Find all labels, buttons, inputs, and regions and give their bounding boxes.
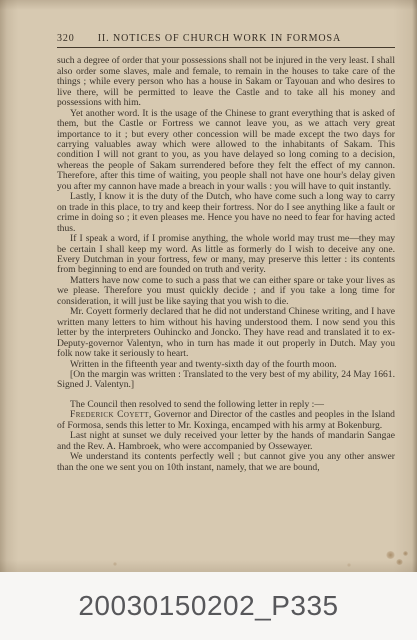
paragraph: If I speak a word, if I promise anything… bbox=[57, 234, 395, 276]
header-rule bbox=[57, 47, 395, 48]
paragraph: [On the margin was written : Translated … bbox=[57, 370, 395, 391]
foxing-spot bbox=[386, 551, 395, 559]
paragraph: Frederick Coyett, Governor and Director … bbox=[57, 410, 395, 431]
paragraph: Mr. Coyett formerly declared that he did… bbox=[57, 307, 395, 359]
scanned-book-page: 320 II. NOTICES OF CHURCH WORK IN FORMOS… bbox=[0, 0, 417, 640]
paragraph: Lastly, I know it is the duty of the Dut… bbox=[57, 192, 395, 234]
foxing-spot bbox=[113, 562, 117, 566]
book-page: 320 II. NOTICES OF CHURCH WORK IN FORMOS… bbox=[0, 0, 417, 572]
paragraph: Last night at sunset we duly received yo… bbox=[57, 431, 395, 452]
chapter-title: II. NOTICES OF CHURCH WORK IN FORMOSA bbox=[98, 33, 341, 44]
archive-label-strip: 20030150202_P335 bbox=[0, 572, 417, 640]
page-number: 320 bbox=[57, 33, 75, 44]
archive-id-label: 20030150202_P335 bbox=[78, 590, 338, 622]
smallcaps-name: Frederick Coyett bbox=[70, 409, 149, 420]
paragraph: We understand its contents perfectly wel… bbox=[57, 452, 395, 473]
running-header: 320 II. NOTICES OF CHURCH WORK IN FORMOS… bbox=[57, 33, 395, 44]
paragraph: Matters have now come to such a pass tha… bbox=[57, 276, 395, 307]
paragraph: Yet another word. It is the usage of the… bbox=[57, 109, 395, 193]
foxing-spot bbox=[403, 551, 408, 556]
foxing-spot bbox=[396, 559, 403, 565]
foxing-spot bbox=[347, 563, 351, 567]
page-body: such a degree of order that your possess… bbox=[57, 56, 395, 473]
paragraph: such a degree of order that your possess… bbox=[57, 56, 395, 108]
